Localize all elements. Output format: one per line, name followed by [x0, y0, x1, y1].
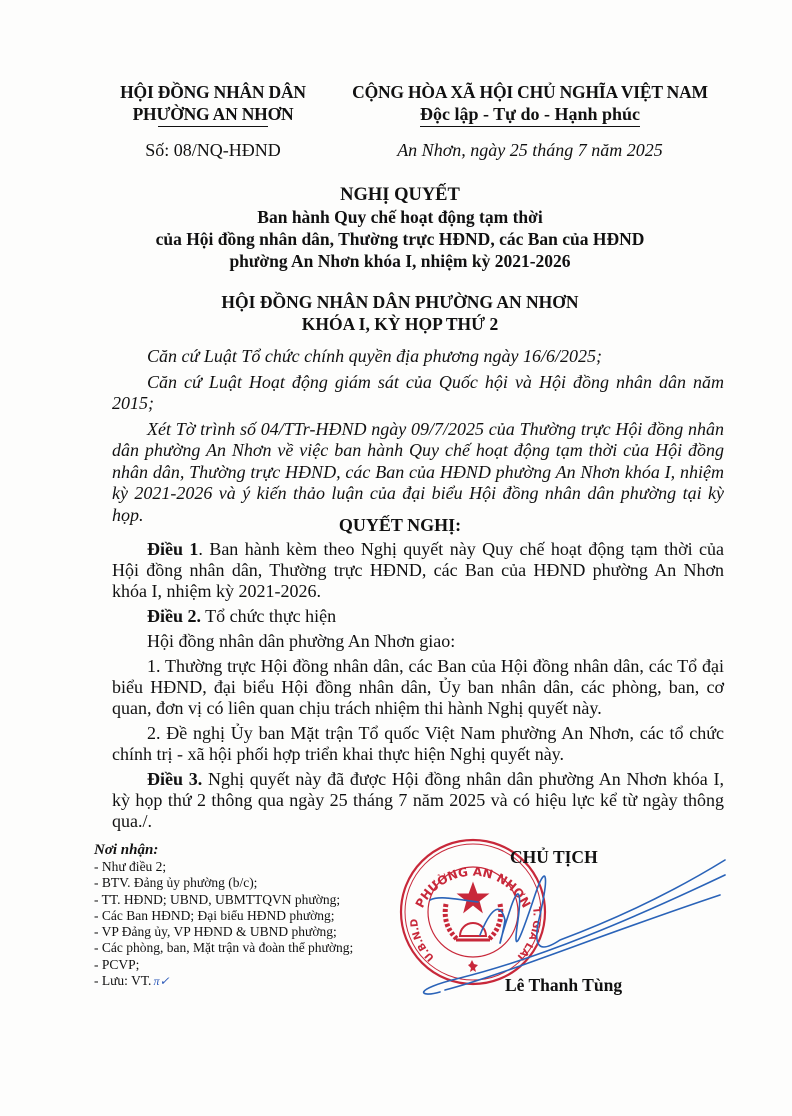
recipient-item: - Các Ban HĐND; Đại biểu HĐND phường; [94, 908, 394, 924]
legal-bases: Căn cứ Luật Tổ chức chính quyền địa phươ… [112, 346, 724, 530]
handwritten-initials: π✓ [153, 974, 169, 988]
document-number: Số: 08/NQ-HĐND [118, 140, 308, 161]
signatory-title: CHỦ TỊCH [510, 847, 598, 868]
article-3-label: Điều 3. [147, 769, 202, 789]
recipient-item: - Lưu: VT.π✓ [94, 973, 394, 989]
decides-heading: QUYẾT NGHỊ: [150, 515, 650, 536]
recipient-item: - TT. HĐND; UBND, UBMTTQVN phường; [94, 892, 394, 908]
council-session: KHÓA I, KỲ HỌP THỨ 2 [150, 313, 650, 335]
article-2: Điều 2. Tổ chức thực hiện [112, 606, 724, 627]
authority-underline [158, 126, 268, 127]
national-motto: Độc lập - Tự do - Hạnh phúc [420, 103, 640, 127]
council-heading: HỘI ĐỒNG NHÂN DÂN PHƯỜNG AN NHƠN KHÓA I,… [150, 291, 650, 335]
legal-basis-2: Căn cứ Luật Hoạt động giám sát của Quốc … [112, 372, 724, 415]
council-name: HỘI ĐỒNG NHÂN DÂN PHƯỜNG AN NHƠN [150, 291, 650, 313]
issuing-authority-line2: PHƯỜNG AN NHƠN [118, 103, 308, 125]
article-1-text: . Ban hành kèm theo Nghị quyết này Quy c… [112, 539, 724, 601]
issuing-authority-block: HỘI ĐỒNG NHÂN DÂN PHƯỜNG AN NHƠN Số: 08/… [118, 81, 308, 161]
article-2-item-2: 2. Đề nghị Ủy ban Mặt trận Tổ quốc Việt … [112, 723, 724, 765]
recipient-item-archive: - Lưu: VT. [94, 973, 151, 988]
article-3: Điều 3. Nghị quyết này đã được Hội đồng … [112, 769, 724, 832]
article-3-text: Nghị quyết này đã được Hội đồng nhân dân… [112, 769, 724, 831]
recipients-list: Nơi nhận: - Như điều 2; - BTV. Đảng ủy p… [94, 842, 394, 989]
national-header-block: CỘNG HÒA XÃ HỘI CHỦ NGHĨA VIỆT NAM Độc l… [335, 81, 725, 161]
place-and-date: An Nhơn, ngày 25 tháng 7 năm 2025 [335, 140, 725, 161]
document-subject-line3: phường An Nhơn khóa I, nhiệm kỳ 2021-202… [150, 250, 650, 272]
document-subject-line1: Ban hành Quy chế hoạt động tạm thời [150, 206, 650, 228]
issuing-authority-line1: HỘI ĐỒNG NHÂN DÂN [118, 81, 308, 103]
article-2-label: Điều 2. [147, 606, 201, 626]
country-name: CỘNG HÒA XÃ HỘI CHỦ NGHĨA VIỆT NAM [335, 81, 725, 103]
article-2-text: Tổ chức thực hiện [201, 606, 336, 626]
article-1: Điều 1. Ban hành kèm theo Nghị quyết này… [112, 539, 724, 602]
recipient-item: - VP Đảng ủy, VP HĐND & UBND phường; [94, 924, 394, 940]
article-2-item-1: 1. Thường trực Hội đồng nhân dân, các Ba… [112, 656, 724, 719]
legal-basis-1: Căn cứ Luật Tổ chức chính quyền địa phươ… [112, 346, 724, 368]
document-title-block: NGHỊ QUYẾT Ban hành Quy chế hoạt động tạ… [150, 184, 650, 272]
signatory-name: Lê Thanh Tùng [505, 975, 622, 996]
legal-basis-3: Xét Tờ trình số 04/TTr-HĐND ngày 09/7/20… [112, 419, 724, 527]
recipient-item: - Các phòng, ban, Mặt trận và đoàn thể p… [94, 940, 394, 956]
recipient-item: - PCVP; [94, 957, 394, 973]
document-subject-line2: của Hội đồng nhân dân, Thường trực HĐND,… [150, 228, 650, 250]
articles: Điều 1. Ban hành kèm theo Nghị quyết này… [112, 539, 724, 836]
document-type: NGHỊ QUYẾT [150, 184, 650, 206]
recipient-item: - BTV. Đảng ủy phường (b/c); [94, 875, 394, 891]
article-1-label: Điều 1 [147, 539, 198, 559]
recipient-item: - Như điều 2; [94, 859, 394, 875]
recipients-heading: Nơi nhận: [94, 842, 394, 859]
article-2-intro: Hội đồng nhân dân phường An Nhơn giao: [112, 631, 724, 652]
